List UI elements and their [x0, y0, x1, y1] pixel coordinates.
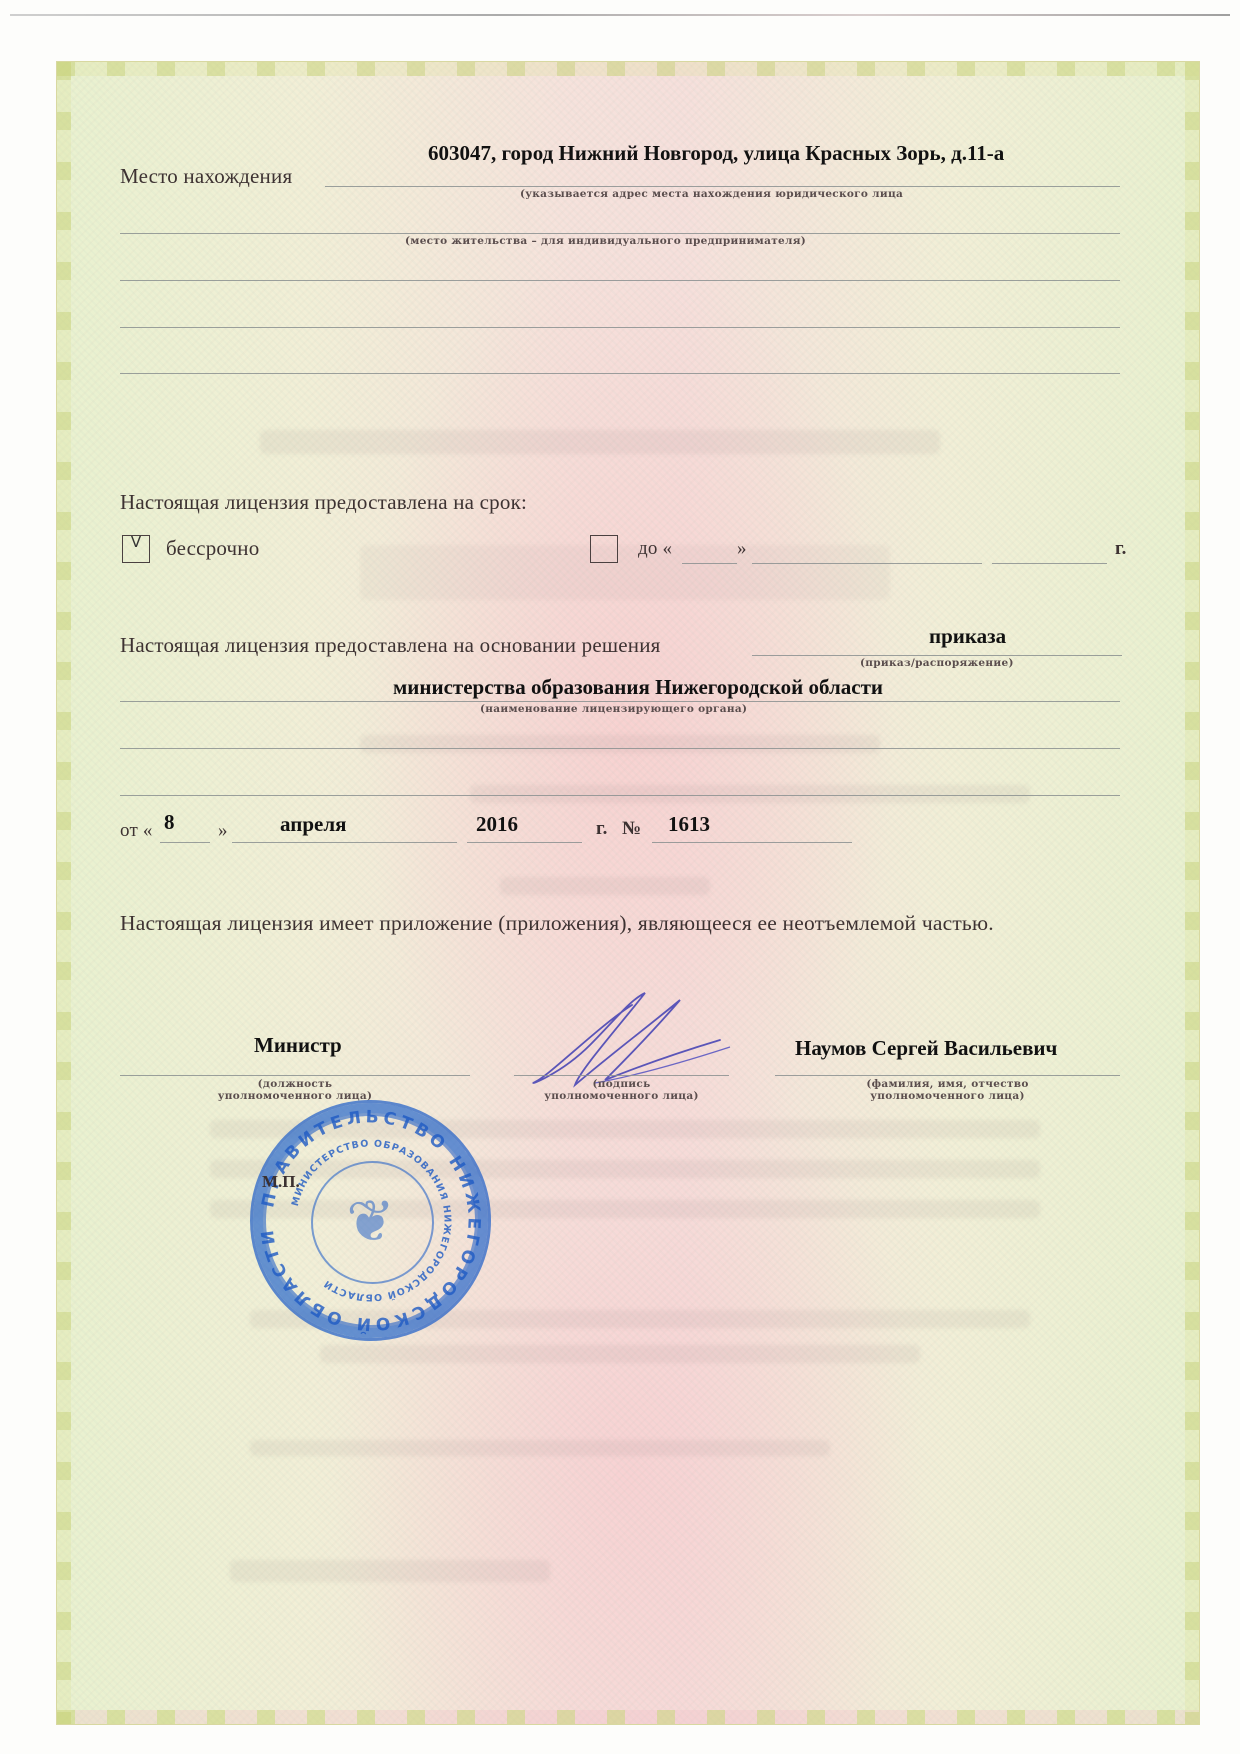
- location-line-2: [120, 233, 1120, 234]
- term-indefinite-label: бессрочно: [166, 536, 259, 561]
- location-label: Место нахождения: [120, 164, 292, 189]
- location-line: [325, 186, 1120, 187]
- authority-line: [120, 701, 1120, 702]
- date-day-close: »: [218, 820, 228, 842]
- check-mark-icon: V: [131, 533, 141, 551]
- signatory-position: Министр: [254, 1033, 342, 1058]
- until-month-line: [752, 563, 982, 564]
- name-hint: (фамилия, имя, отчество уполномоченного …: [775, 1078, 1120, 1102]
- seal-place-mark: М.П.: [262, 1172, 300, 1192]
- official-seal: ПРАВИТЕЛЬСТВО НИЖЕГОРОДСКОЙ ОБЛАСТИ МИНИ…: [250, 1100, 491, 1341]
- year-suffix: г.: [596, 818, 608, 840]
- scan-edge: [10, 14, 1230, 16]
- signature-hint-line1: (подпись: [514, 1078, 729, 1090]
- year-line: [467, 842, 582, 843]
- decision-number: 1613: [668, 812, 710, 837]
- decision-month: апреля: [280, 812, 346, 837]
- signature-line: [514, 1075, 729, 1076]
- checkbox-until-date[interactable]: [590, 535, 618, 563]
- authority-hint: (наименование лицензирующего органа): [480, 703, 747, 715]
- signature-hint-line2: уполномоченного лица): [514, 1090, 729, 1102]
- guilloche-border-right: [1185, 62, 1199, 1724]
- position-line: [120, 1075, 470, 1076]
- bleed-through-text: [230, 1560, 550, 1582]
- checkbox-indefinite[interactable]: V: [122, 535, 150, 563]
- term-until-close: »: [737, 538, 747, 560]
- month-line: [232, 842, 457, 843]
- term-until-year-suffix: г.: [1115, 538, 1127, 560]
- bleed-through-text: [320, 1345, 920, 1363]
- signature-hint: (подпись уполномоченного лица): [514, 1078, 729, 1102]
- basis-label: Настоящая лицензия предоставлена на осно…: [120, 633, 661, 658]
- bleed-through-text: [260, 430, 940, 454]
- location-hint-individual: (место жительства – для индивидуального …: [405, 235, 806, 247]
- location-hint-legal: (указывается адрес места нахождения юрид…: [520, 188, 903, 200]
- signatory-full-name: Наумов Сергей Васильевич: [795, 1036, 1057, 1061]
- number-line: [652, 842, 852, 843]
- position-hint: (должность уполномоченного лица): [120, 1078, 470, 1102]
- decision-type-hint: (приказ/распоряжение): [860, 657, 1014, 669]
- bleed-through-text: [360, 735, 880, 753]
- appendix-note: Настоящая лицензия имеет приложение (при…: [120, 911, 994, 936]
- position-hint-line2: уполномоченного лица): [120, 1090, 470, 1102]
- name-hint-line1: (фамилия, имя, отчество: [775, 1078, 1120, 1090]
- term-label: Настоящая лицензия предоставлена на срок…: [120, 490, 527, 515]
- bleed-through-text: [250, 1440, 830, 1456]
- decision-type-line: [752, 655, 1122, 656]
- location-line-4: [120, 327, 1120, 328]
- decision-year: 2016: [476, 812, 518, 837]
- until-year-line: [992, 563, 1107, 564]
- bleed-through-text: [500, 877, 710, 895]
- coat-of-arms-icon: ❦: [253, 1103, 488, 1338]
- licensing-authority: министерства образования Нижегородской о…: [393, 675, 883, 700]
- bleed-through-text: [470, 785, 1030, 803]
- number-sign: №: [622, 818, 641, 840]
- guilloche-border-left: [57, 62, 71, 1724]
- authority-line-2: [120, 748, 1120, 749]
- location-line-5: [120, 373, 1120, 374]
- name-line: [775, 1075, 1120, 1076]
- location-value: 603047, город Нижний Новгород, улица Кра…: [428, 141, 1004, 166]
- decision-day: 8: [164, 810, 175, 835]
- term-until-prefix: до «: [638, 538, 672, 560]
- position-hint-line1: (должность: [120, 1078, 470, 1090]
- day-line: [160, 842, 210, 843]
- guilloche-border-top: [57, 62, 1199, 76]
- location-line-3: [120, 280, 1120, 281]
- decision-type: приказа: [929, 624, 1006, 649]
- authority-line-3: [120, 795, 1120, 796]
- guilloche-border-bottom: [57, 1710, 1199, 1724]
- bleed-through-title: [360, 545, 890, 600]
- date-prefix: от «: [120, 820, 153, 842]
- until-day-line: [682, 563, 737, 564]
- name-hint-line2: уполномоченного лица): [775, 1090, 1120, 1102]
